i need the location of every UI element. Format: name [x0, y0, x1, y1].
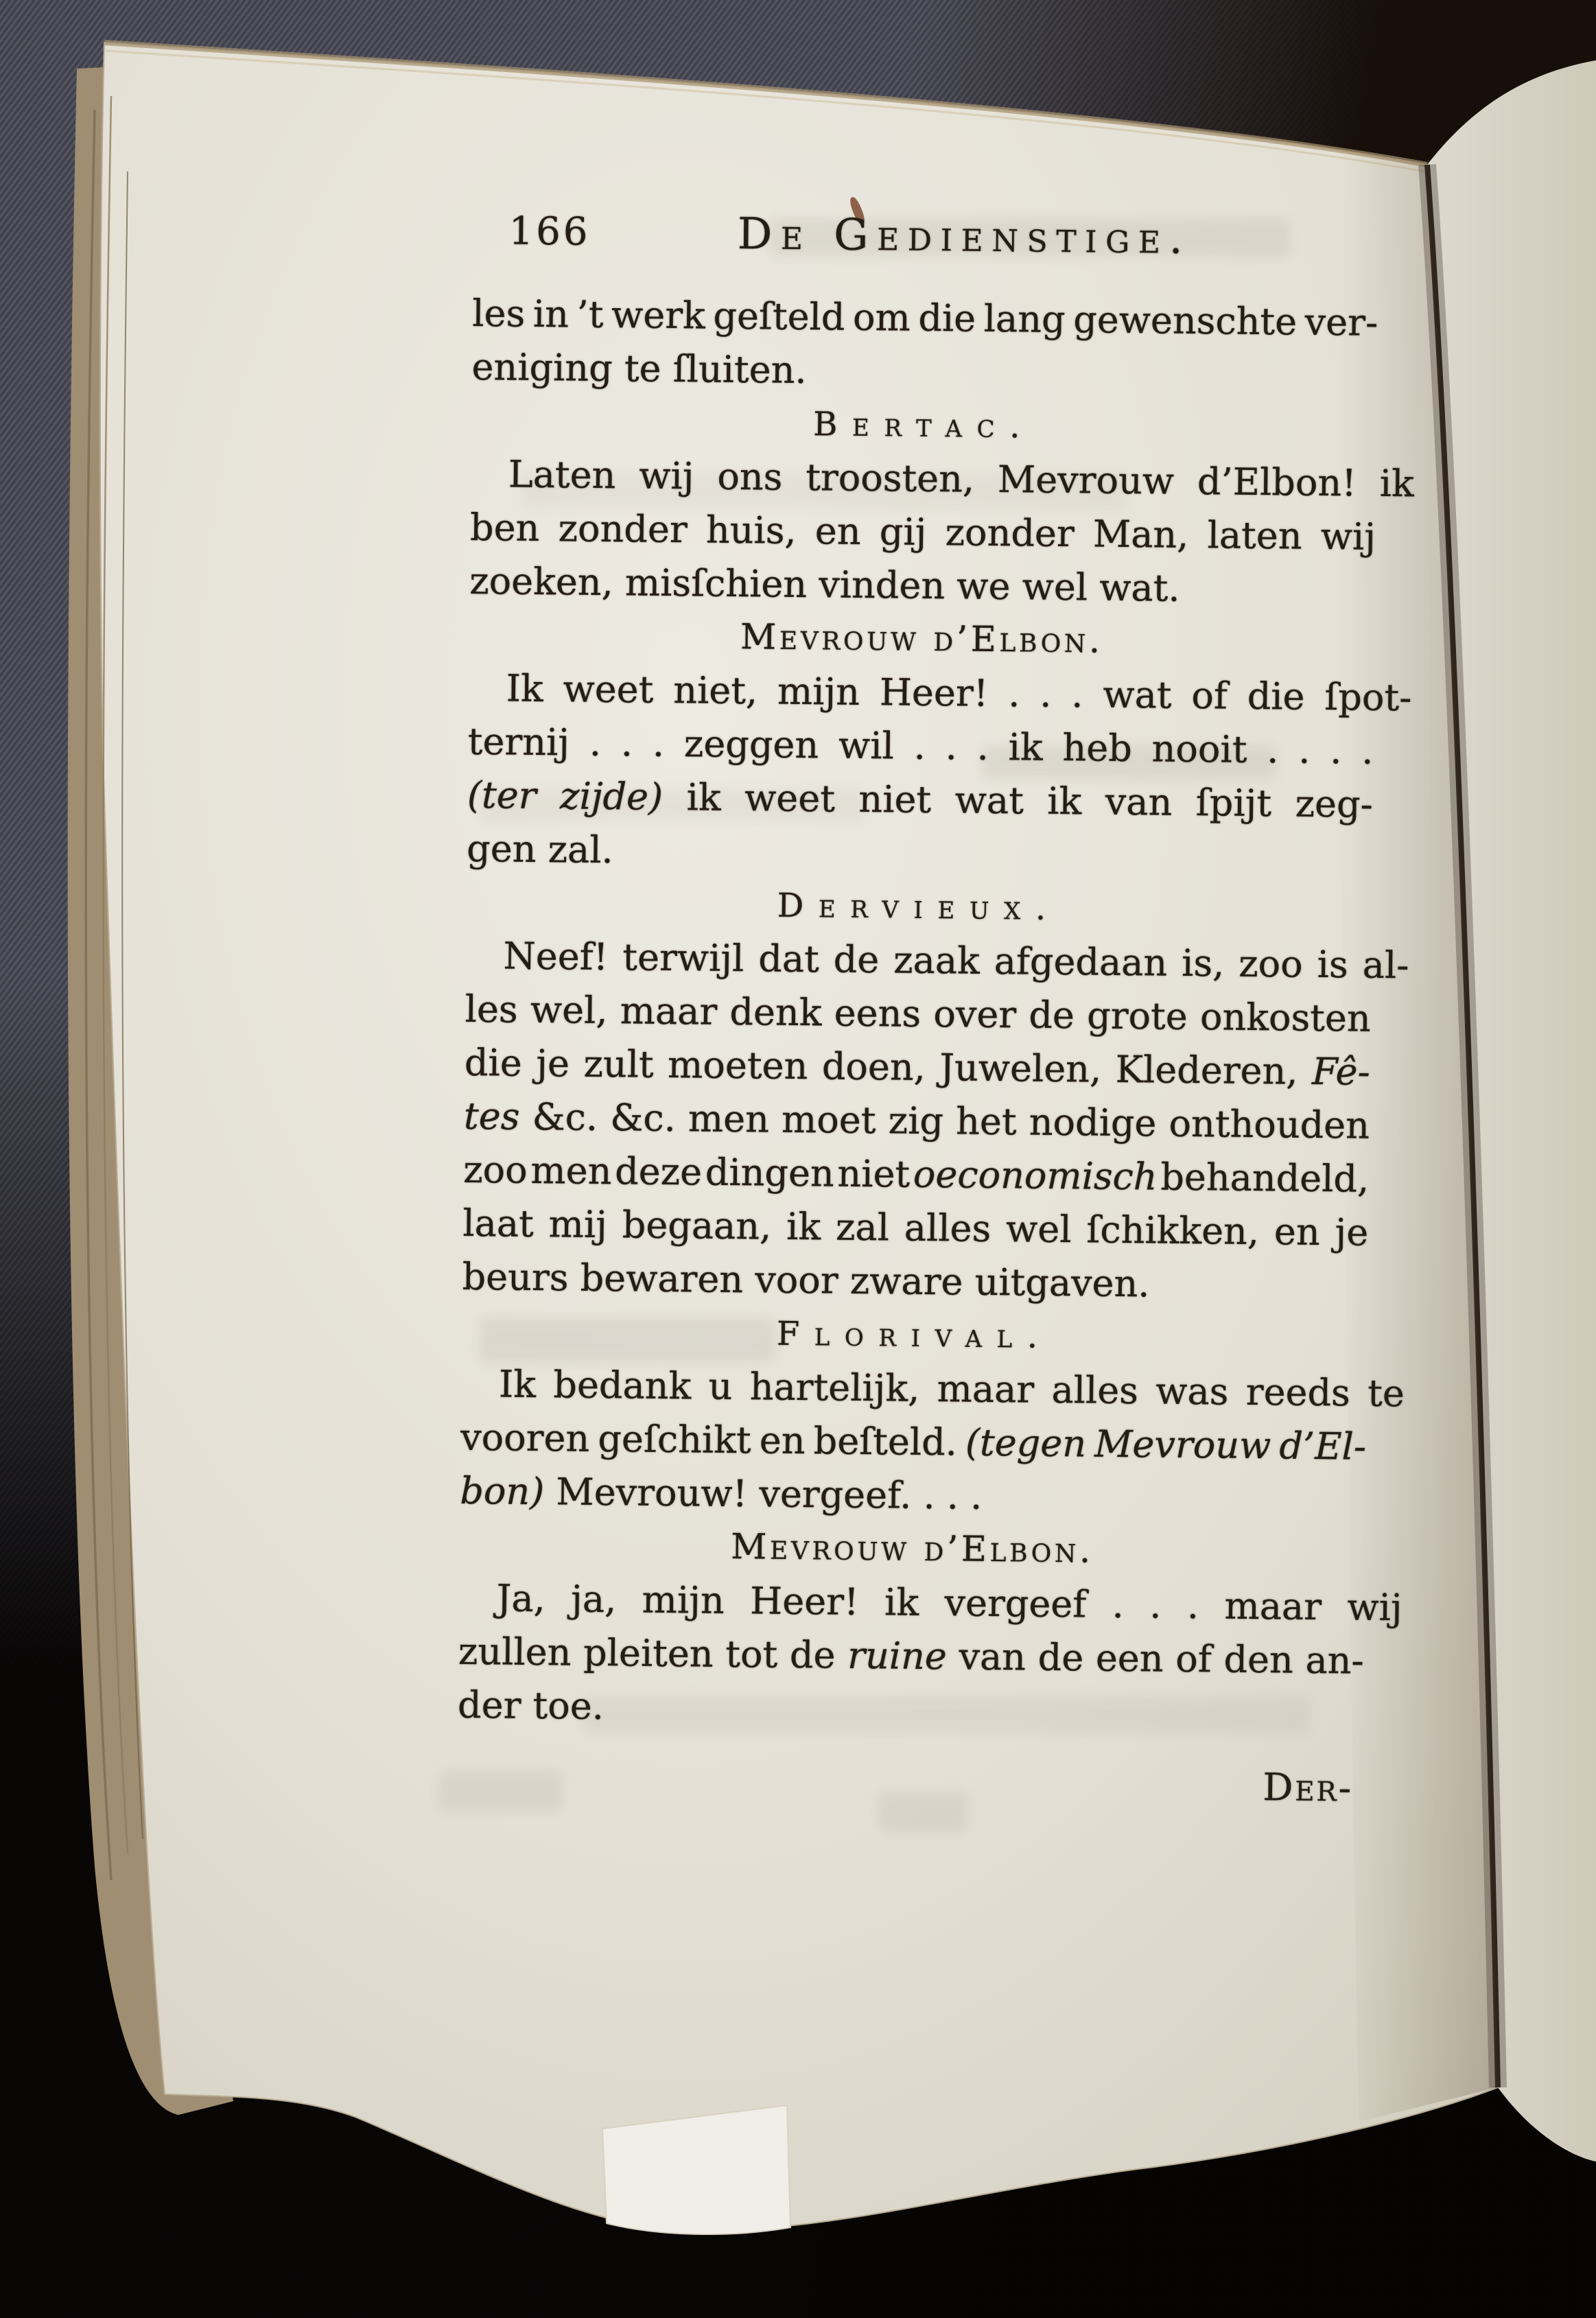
play-line: zoeken, misſchien vinden we wel wat. [469, 554, 1376, 618]
word: is, [1182, 937, 1225, 991]
word: alles [904, 1202, 991, 1256]
word: ik [686, 771, 721, 825]
word: . [1149, 1578, 1162, 1632]
play-line: Ja,ja,mijnHeer!ikvergeef...maarwij [458, 1571, 1403, 1635]
word: deze [615, 1145, 703, 1199]
word: huis, [706, 504, 797, 558]
word: u [708, 1360, 733, 1414]
word: zonder [945, 506, 1075, 561]
word: moet [782, 1093, 876, 1147]
word: nodige [1029, 1096, 1156, 1151]
word: nooit [1151, 722, 1247, 776]
word: van [1105, 775, 1172, 830]
word: te [1368, 1367, 1405, 1421]
word: maar [620, 984, 717, 1038]
word: was [1155, 1365, 1229, 1419]
word: mijn [642, 1573, 725, 1628]
speaker-heading: Mevrouw d’Elbon. [459, 1518, 1365, 1581]
word: an- [1305, 1634, 1364, 1688]
word: hartelijk, [749, 1360, 919, 1416]
word: je [536, 1037, 570, 1091]
word: en [759, 1414, 806, 1468]
speaker-heading: Mevrouw d’Elbon. [469, 608, 1375, 671]
word: . [653, 717, 665, 771]
word: om [853, 291, 911, 345]
play-line: Ikbedankuhartelijk,maaralleswasreedste [461, 1357, 1405, 1420]
word: werk [611, 288, 706, 342]
word: gewenschte [1073, 293, 1298, 349]
word: ruine [847, 1629, 947, 1684]
word: geſchikt [598, 1412, 751, 1467]
word: laten [1207, 508, 1302, 563]
word: doen, [821, 1040, 926, 1094]
word: troosten, [806, 451, 975, 506]
word: wel [1006, 1202, 1072, 1256]
word: de [1037, 1631, 1083, 1685]
word: onkosten [1200, 990, 1371, 1046]
play-line: beurs bewaren voor zware uitgaven. [462, 1250, 1368, 1313]
word: Ik [506, 662, 543, 716]
word: wat [954, 773, 1024, 828]
word: ons [717, 450, 783, 504]
word: van [959, 1630, 1026, 1685]
word: ſpijt [1195, 776, 1271, 830]
word: wij [1347, 1580, 1403, 1635]
word: Klederen, [1115, 1043, 1298, 1099]
word: die [465, 1036, 523, 1090]
running-title: De Gedienstige. [737, 209, 1191, 264]
word: Ja, [496, 1571, 545, 1626]
word: zig [888, 1094, 943, 1148]
play-line: bon) Mevrouw! vergeef. . . . [460, 1464, 1366, 1527]
word: of [1191, 669, 1228, 723]
play-line: gen zal. [467, 822, 1373, 885]
word: pleiten [583, 1626, 714, 1681]
word: alles [1051, 1363, 1138, 1418]
word: . [1298, 724, 1311, 777]
word: . [621, 716, 633, 770]
word: die [918, 292, 976, 346]
word: niet, [673, 664, 758, 718]
word: men [530, 1144, 612, 1198]
text-segment: bon) [460, 1469, 545, 1513]
word: ’t [576, 288, 604, 342]
text-segment: eniging te ſluiten. [471, 345, 807, 392]
play-line: zullenpleitentotderuinevandeeenofdenan- [458, 1625, 1365, 1688]
word: . [976, 721, 989, 774]
word: zonder [558, 502, 688, 557]
word: gij [879, 505, 926, 559]
word: . [1187, 1579, 1199, 1632]
word: . [589, 716, 602, 770]
word: laat [462, 1197, 534, 1251]
word: heb [1062, 721, 1132, 775]
speaker-heading: Bertac. [471, 394, 1377, 457]
word: afgedaan [994, 935, 1167, 990]
word: Ik [499, 1357, 537, 1412]
word: d’El- [1279, 1419, 1366, 1473]
play-line: laatmijbegaan,ikzalalleswelſchikken,enje [462, 1197, 1369, 1260]
word: ben [470, 501, 540, 555]
play-line: Neef!terwijldatdezaakafgedaanis,zooisal- [465, 929, 1409, 992]
word: (ter [467, 769, 537, 823]
word: ik [786, 1200, 821, 1254]
word: moeten [668, 1038, 808, 1093]
play-line: eniging te ſluiten. [471, 340, 1378, 403]
word: men [688, 1092, 770, 1146]
word: wil [838, 719, 895, 773]
word: Fê- [1312, 1045, 1371, 1099]
word: bedank [553, 1358, 692, 1413]
word: zaak [893, 933, 980, 987]
speaker-heading: Dervieux. [466, 876, 1372, 939]
word: zoo [463, 1143, 528, 1197]
word: d’Elbon! [1197, 455, 1357, 510]
word: niet [837, 1147, 911, 1202]
play-line: diejezultmoetendoen,Juwelen,Klederen,Fê- [465, 1036, 1371, 1099]
word: ik [1008, 721, 1043, 775]
word: een [1096, 1632, 1164, 1686]
play-line: Ikweetniet,mijnHeer!...watofdieſpot- [468, 662, 1412, 725]
word: . [1267, 723, 1279, 777]
word: Neef! [503, 930, 609, 985]
speaker-heading: Florival. [461, 1304, 1368, 1367]
text-segment: Mevrouw! vergeef. . . . [544, 1470, 983, 1518]
word: zeg- [1295, 777, 1373, 832]
play-line: lesin’twerkgeſteldomdielanggewenschtever… [472, 287, 1378, 350]
word: Heer! [879, 666, 988, 721]
play-line: der toe. [458, 1678, 1364, 1742]
play-line: voorengeſchiktenbeſteld.(tegenMevrouwd’E… [460, 1411, 1367, 1474]
word: weet [563, 662, 654, 716]
word: oeconomisch [913, 1148, 1158, 1204]
word: zult [583, 1038, 654, 1092]
word: &c. [532, 1090, 598, 1145]
play-line: Latenwijonstroosten,Mevrouwd’Elbon!ik [470, 447, 1414, 511]
play-line: ternij...zeggenwil...ikhebnooit.... [467, 715, 1374, 778]
word: onthouden [1169, 1097, 1370, 1153]
word: is [1317, 938, 1348, 992]
word: grote [1087, 989, 1188, 1044]
word: het [956, 1094, 1017, 1149]
play-line: tes&c.&c.menmoetzighetnodigeonthouden [464, 1090, 1370, 1153]
word: dingen [705, 1146, 834, 1201]
word: . [1040, 668, 1052, 721]
word: wat [1103, 668, 1172, 723]
word: denk [729, 985, 822, 1040]
word: geſteld [713, 290, 845, 344]
word: mij [548, 1197, 607, 1252]
word: wij [639, 449, 694, 504]
word: ternij [467, 715, 570, 770]
word: Laten [508, 448, 615, 503]
text-segment: zoeken, misſchien vinden we wel wat. [469, 559, 1180, 610]
word: tot [725, 1628, 778, 1682]
word: . [1071, 668, 1083, 721]
word: en [1274, 1205, 1321, 1259]
word: . [913, 720, 926, 773]
word: ſchikken, [1086, 1203, 1259, 1258]
word: . [945, 720, 957, 773]
word: vooren [460, 1411, 590, 1466]
word: ik [1047, 775, 1082, 829]
word: Heer! [750, 1574, 859, 1629]
word: de [1029, 989, 1075, 1043]
word: ik [1379, 457, 1414, 511]
word: beſteld. [813, 1414, 957, 1469]
play-line: leswel,maardenkeensoverdegroteonkosten [465, 983, 1371, 1046]
word: die [1247, 670, 1305, 724]
word: wij [1320, 510, 1376, 564]
word: Juwelen, [939, 1041, 1102, 1096]
word: maar [1224, 1580, 1322, 1634]
text-segment: beurs bewaren voor zware uitgaven. [462, 1255, 1149, 1305]
word: . [1112, 1578, 1124, 1632]
word: terwijl [622, 930, 744, 985]
word: . [1330, 724, 1342, 777]
text-segment: der toe. [458, 1683, 604, 1728]
page-number: 166 [508, 209, 591, 255]
word: wel, [530, 983, 608, 1038]
word: zal [836, 1201, 890, 1255]
word: vergeef [944, 1576, 1087, 1631]
word: les [465, 983, 518, 1037]
word: reeds [1245, 1366, 1350, 1420]
word: maar [937, 1362, 1034, 1416]
word: zoo [1239, 937, 1303, 992]
play-line: benzonderhuis,engijzonderMan,latenwij [470, 501, 1376, 564]
word: de [790, 1628, 836, 1683]
word: tes [464, 1090, 520, 1144]
word: of [1175, 1632, 1212, 1687]
word: ver- [1304, 296, 1378, 350]
text-segment: gen zal. [467, 827, 613, 871]
word: mijn [777, 665, 860, 719]
word: den [1223, 1633, 1293, 1687]
word: weet [744, 771, 836, 826]
word: . [1361, 725, 1374, 778]
play-line: zoomendezedingennietoeconomischbehandeld… [463, 1143, 1370, 1206]
word: begaan, [622, 1198, 771, 1253]
word: behandeld, [1160, 1151, 1370, 1206]
word: de [833, 933, 879, 987]
word: zijde) [560, 769, 664, 824]
play-line: (terzijde)ikweetnietwatikvanſpijtzeg- [467, 769, 1374, 832]
word: . [1008, 667, 1020, 721]
word: ik [884, 1576, 919, 1630]
word: en [814, 504, 861, 559]
play-text-body: lesin’twerkgeſteldomdielanggewenschtever… [458, 287, 1378, 1742]
word: &c. [610, 1091, 676, 1145]
word: Mevrouw [1094, 1418, 1271, 1473]
word: niet [858, 773, 932, 827]
book-photo: 166 De Gedienstige. lesin’twerkgeſteldom… [0, 0, 1596, 2318]
page-header: 166 De Gedienstige. [473, 206, 1379, 269]
word: eens [834, 987, 921, 1041]
word: ſpot- [1324, 670, 1412, 725]
word: dat [758, 932, 819, 986]
page-text: 166 De Gedienstige. lesin’twerkgeſteldom… [457, 206, 1379, 1810]
word: ja, [571, 1573, 617, 1627]
paper-slip [602, 2105, 790, 2234]
word: over [933, 987, 1017, 1042]
word: lang [983, 292, 1066, 347]
word: Man, [1093, 507, 1189, 561]
word: (tegen [965, 1416, 1087, 1471]
word: in [533, 288, 570, 342]
word: les [472, 287, 526, 341]
word: je [1335, 1206, 1369, 1260]
word: al- [1362, 939, 1409, 993]
word: Mevrouw [998, 453, 1175, 508]
word: zeggen [684, 717, 819, 772]
word: zullen [458, 1625, 572, 1680]
